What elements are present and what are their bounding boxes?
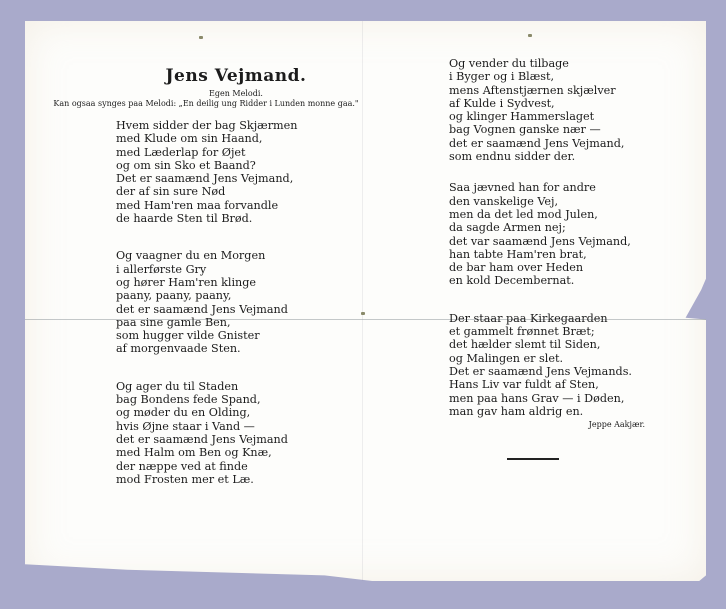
verse-line: der næppe ved at finde [116,460,356,473]
verse-line: med Klude om sin Haand, [116,132,356,145]
author-signature: Jeppe Aakjær. [449,420,649,429]
verse-line: det hælder slemt til Siden, [449,338,649,351]
verse-line: med Halm om Ben og Knæ, [116,446,356,459]
verse-line: det er saamænd Jens Vejmand [116,433,356,446]
verse-line: der af sin sure Nød [116,185,356,198]
verse-line: Der staar paa Kirkegaarden [449,312,649,325]
verse-line: af morgenvaade Sten. [116,342,356,355]
verse-line: Hans Liv var fuldt af Sten, [449,378,649,391]
verse-line: en kold Decembernat. [449,274,649,287]
verse-line: og møder du en Olding, [116,406,356,419]
stanza: Der staar paa Kirkegaarden et gammelt fr… [449,312,649,418]
verse-line: som hugger vilde Gnister [116,329,356,342]
verse-line: som endnu sidder der. [449,150,649,163]
stanza: Og vaagner du en Morgen i allerførste Gr… [116,249,356,355]
verse-line: han tabte Ham'ren brat, [449,248,649,261]
verse-line: med Læderlap for Øjet [116,146,356,159]
verse-line: Hvem sidder der bag Skjærmen [116,119,356,132]
verse-line: det er saamænd Jens Vejmand [116,303,356,316]
pinhole-mark [361,312,365,315]
verse-line: de haarde Sten til Brød. [116,212,356,225]
verse-line: men da det led mod Julen, [449,208,649,221]
verse-line: bag Bondens fede Spand, [116,393,356,406]
verse-line: Det er saamænd Jens Vejmands. [449,365,649,378]
verse-line: men paa hans Grav — i Døden, [449,392,649,405]
verse-line: og hører Ham'ren klinge [116,276,356,289]
verse-line: og om sin Sko et Baand? [116,159,356,172]
verse-line: det er saamænd Jens Vejmand, [449,137,649,150]
verse-line: hvis Øjne staar i Vand — [116,420,356,433]
stanza: Og vender du tilbage i Byger og i Blæst,… [449,57,649,163]
verse-line: i Byger og i Blæst, [449,70,649,83]
verse-line: bag Vognen ganske nær — [449,123,649,136]
verse-line: de bar ham over Heden [449,261,649,274]
verse-line: et gammelt frønnet Bræt; [449,325,649,338]
verse-line: af Kulde i Sydvest, [449,97,649,110]
right-column: Og vender du tilbage i Byger og i Blæst,… [449,57,649,429]
pinhole-mark [528,34,532,37]
verse-line: Og ager du til Staden [116,380,356,393]
verse-line: da sagde Armen nej; [449,221,649,234]
verse-line: i allerførste Gry [116,263,356,276]
verse-line: den vanskelige Vej, [449,195,649,208]
verse-line: paany, paany, paany, [116,289,356,302]
verse-line: mod Frosten mer et Læ. [116,473,356,486]
pinhole-mark [199,36,203,39]
stanza: Hvem sidder der bag Skjærmen med Klude o… [116,119,356,225]
verse-line: Det er saamænd Jens Vejmand, [116,172,356,185]
verse-line: man gav ham aldrig en. [449,405,649,418]
stanza: Saa jævned han for andre den vanskelige … [449,181,649,287]
verse-line: mens Aftenstjærnen skjælver [449,84,649,97]
verse-line: Saa jævned han for andre [449,181,649,194]
poem-title: Jens Vejmand. [116,66,356,86]
verse-line: med Ham'ren maa forvandle [116,199,356,212]
verse-line: det var saamænd Jens Vejmand, [449,235,649,248]
verse-line: paa sine gamle Ben, [116,316,356,329]
left-column: Jens Vejmand. Egen Melodi. Kan ogsaa syn… [116,66,356,486]
melody-note: Egen Melodi. [116,89,356,99]
verse-line: Og vender du tilbage [449,57,649,70]
alt-melody-note: Kan ogsaa synges paa Melodi: „En deilig … [46,99,366,109]
verse-line: og klinger Hammerslaget [449,110,649,123]
verse-line: Og vaagner du en Morgen [116,249,356,262]
stanza: Og ager du til Staden bag Bondens fede S… [116,380,356,486]
verse-line: og Malingen er slet. [449,352,649,365]
closing-rule [507,458,559,460]
